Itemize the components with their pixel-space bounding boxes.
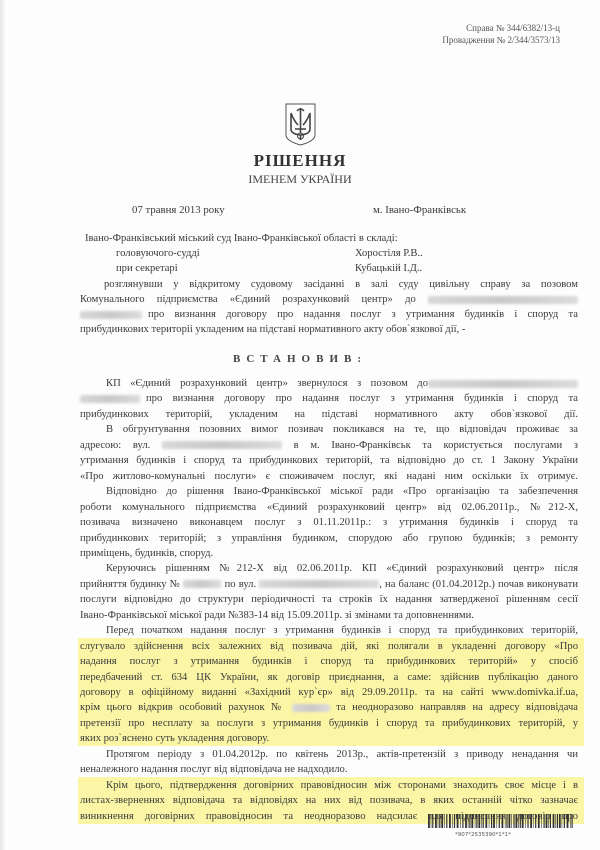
body-line: утримання будинків і споруд та прибудинк… <box>80 453 578 468</box>
decision-city: м. Івано-Франківськ <box>373 203 466 218</box>
body-line-text: Перед початком надання послуг з утриманн… <box>106 625 578 636</box>
document-subtitle: ІМЕНЕМ УКРАЇНИ <box>0 172 600 186</box>
body-line-text: прибудинкових територій; з управління бу… <box>80 533 578 544</box>
body-line: Івано-Франківської міської ради №383-14 … <box>80 608 578 623</box>
body-line-text: позивача визначено виконавцем послуг з 0… <box>80 517 578 528</box>
body-line-text: в м. Івано-Франківськ та користується по… <box>282 440 578 451</box>
body-line-text: слугувало здійснення всіх залежних від п… <box>80 641 578 652</box>
intro-line: про визнання договору про надання послуг… <box>80 307 578 322</box>
body-line: яких роз`яснено суть укладення договору. <box>80 731 578 746</box>
proceeding-number: Провадження № 2/344/3573/13 <box>442 34 560 46</box>
redacted-defendant-name <box>80 311 142 319</box>
body-line: КП «Єдиний розрахунковий центр» звернуло… <box>80 376 578 391</box>
body-line-text: приміщень, будинків, споруд. <box>80 548 213 559</box>
redacted-text <box>183 580 221 588</box>
case-number: Справа № 344/6382/13-ц <box>466 22 560 34</box>
body-line-text: прибудинкових територій, укладеним на пі… <box>80 409 578 420</box>
body-line: Крім цього, підтвердження договірних пра… <box>80 778 578 793</box>
body-line: приміщень, будинків, споруд. <box>80 546 578 561</box>
body-line-text: Протягом періоду з 01.04.2012р. по квіте… <box>106 749 578 760</box>
body-line-text: утримання будинків і споруд та прибудинк… <box>80 455 578 466</box>
section-heading: ВСТАНОВИВ: <box>0 352 600 367</box>
body-line-text: крім цього відкрив особовий рахунок № <box>80 702 292 713</box>
body-line-text: та неодноразово направляв на адресу відп… <box>330 702 578 713</box>
body-line: претензії про несплату за послуги з утри… <box>80 716 578 731</box>
body-line-text: передбачений ст. 634 ЦК України, як дого… <box>80 672 578 683</box>
presiding-judge-name: Хоростіля Р.В.. <box>355 246 600 261</box>
body-line: Протягом періоду з 01.04.2012р. по квіте… <box>80 747 578 762</box>
redacted-text <box>259 580 379 588</box>
body-line: роботи комунального підприємства «Єдиний… <box>80 500 578 515</box>
body-line-text: , на баланс (01.04.2012р.) почав виконув… <box>379 579 578 590</box>
body-line: крім цього відкрив особовий рахунок № та… <box>80 700 578 715</box>
decision-date: 07 травня 2013 року <box>132 203 225 218</box>
redacted-text <box>162 441 282 449</box>
intro-line: Комунального підприємства «Єдиний розрах… <box>80 292 578 307</box>
barcode-number: *907*2535390*1*1* <box>455 828 511 843</box>
intro-line-text: про визнання договору про надання послуг… <box>148 307 578 322</box>
body-line-text: про визнання договору про надання послуг… <box>146 393 578 404</box>
body-line: позивача визначено виконавцем послуг з 0… <box>80 515 578 530</box>
body-line: передбачений ст. 634 ЦК України, як дого… <box>80 670 578 685</box>
barcode <box>428 814 574 828</box>
body-line-text: роботи комунального підприємства «Єдиний… <box>80 502 578 513</box>
scan-edge-shadow <box>0 0 6 850</box>
body-line-text: по вул. <box>221 579 259 590</box>
body-line: прибудинкових територій, укладеним на пі… <box>80 407 578 422</box>
body-line: прибудинкових територій; з управління бу… <box>80 531 578 546</box>
document-page: Справа № 344/6382/13-ц Провадження № 2/3… <box>0 0 600 850</box>
intro-line-text: Комунального підприємства «Єдиний розрах… <box>80 294 416 305</box>
redacted-text <box>80 395 140 403</box>
body-line: договору в офіційному виданні «Західний … <box>80 685 578 700</box>
body-line-text: Івано-Франківської міської ради №383-14 … <box>80 610 474 621</box>
body-line: надання послуг з утримання будинків і сп… <box>80 654 578 669</box>
intro-line: прибудинкових територіі укладеним на під… <box>80 322 575 337</box>
body-line-text: КП «Єдиний розрахунковий центр» звернуло… <box>106 378 428 389</box>
body-line: прийняття будинку № по вул. , на баланс … <box>80 577 578 592</box>
body-line: Перед початком надання послуг з утриманн… <box>80 623 578 638</box>
body-line-text: Керуючись рішенням №212-Х від 02.06.2011… <box>106 563 578 574</box>
redacted-text <box>428 380 578 388</box>
body-line: Відповідно до рішення Івано-Франківської… <box>80 484 578 499</box>
body-line-text: прийняття будинку № <box>80 579 183 590</box>
body-line-text: неналежного надання послуг від відповіда… <box>80 764 348 775</box>
body-line-text: послуги відповідно до структури періодич… <box>80 594 578 605</box>
body-line: листах-зверненнях відповідача та відпові… <box>80 793 578 808</box>
intro-line: розглянувши у відкритому судовому засіда… <box>104 277 578 292</box>
body-line-text: яких роз`яснено суть укладення договору. <box>80 733 269 744</box>
body-line-text: претензії про несплату за послуги з утри… <box>80 718 578 729</box>
body-line: слугувало здійснення всіх залежних від п… <box>80 639 578 654</box>
body-line-text: Крім цього, підтвердження договірних пра… <box>106 780 578 791</box>
secretary-name: Кубацькій І.Д.. <box>355 261 600 276</box>
trident-coat-of-arms-icon <box>285 103 316 146</box>
body-line-text: листах-зверненнях відповідача та відпові… <box>80 795 578 806</box>
body-line-text: Відповідно до рішення Івано-Франківської… <box>106 486 578 497</box>
body-line-text: адресою: вул. <box>80 440 162 451</box>
court-composition: Івано-Франківський міський суд Івано-Фра… <box>85 231 580 246</box>
redacted-defendant-name <box>428 296 578 304</box>
body-line: про визнання договору про надання послуг… <box>80 391 578 406</box>
body-line: адресою: вул. в м. Івано-Франківськ та к… <box>80 438 578 453</box>
body-line: Керуючись рішенням №212-Х від 02.06.2011… <box>80 561 578 576</box>
redacted-text <box>292 704 330 712</box>
body-line-text: В обгрунтування позовних вимог позивач п… <box>106 424 578 435</box>
body-line: послуги відповідно до структури періодич… <box>80 592 578 607</box>
body-line: В обгрунтування позовних вимог позивач п… <box>80 422 578 437</box>
document-title: РІШЕННЯ <box>0 151 600 171</box>
body-line: «Про житлово-комунальні послуги» є спожи… <box>80 469 578 484</box>
body-line-text: надання послуг з утримання будинків і сп… <box>80 656 578 667</box>
body-line: неналежного надання послуг від відповіда… <box>80 762 578 777</box>
body-line-text: договору в офіційному виданні «Західний … <box>80 687 578 698</box>
body-line-text: «Про житлово-комунальні послуги» є спожи… <box>80 471 578 482</box>
